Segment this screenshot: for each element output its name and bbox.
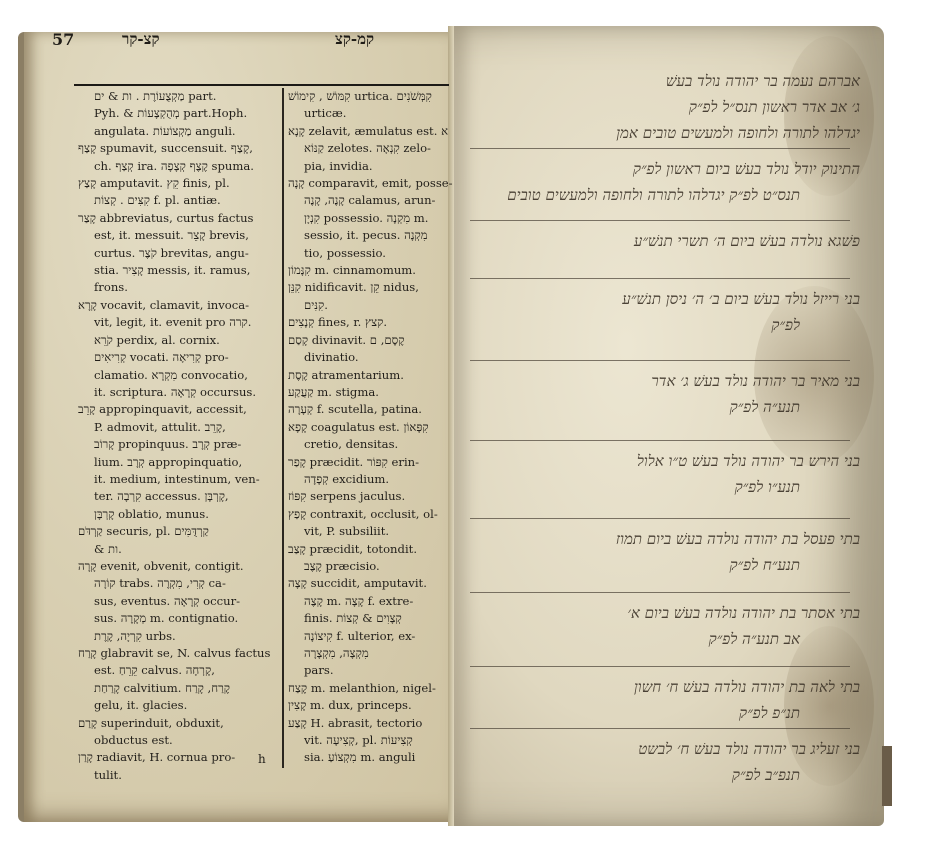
dictionary-entry-line: frons. [78,279,276,296]
ruled-separator [470,666,850,667]
column-divider [282,88,284,768]
dictionary-entry-line: קָרַח glabravit se, N. calvus factus [78,645,276,662]
running-head-right: קמ-קצ [335,30,374,49]
ruled-separator [470,220,850,221]
dictionary-entry-line: vit, P. subsiliit. [288,523,456,540]
dictionary-entry-line: it. medium, intestinum, ven- [78,471,276,488]
dictionary-entry-line: קָנָא zelavit, æmulatus est. א [288,123,456,140]
dictionary-entry-line: divinatio. [288,349,456,366]
dictionary-entry-line: קִנְיָן possessio. מִקְנָה m. [288,210,456,227]
dictionary-entry-line: קִיצוֹנָה f. ulterior, ex- [288,628,456,645]
handwritten-line: אב תנע״ה לפ״ק [709,630,800,649]
ruled-separator [470,278,850,279]
dictionary-entry-line: קָצַף spumavit, succensuit. קָצַף, [78,140,276,157]
dictionary-entry-line: sessio, it. pecus. מִקְנָה [288,227,456,244]
handwritten-line: ג׳ אב אדר ראשון תנס״ל לפ״ק [689,98,860,117]
dictionary-entry-line: קָרְבָּן oblatio, munus. [78,506,276,523]
dictionary-entry-line: קוֹרָה trabs. קְרִי, מִקְרֶה ca- [78,575,276,592]
handwritten-line: בתי פעסל בת יהודה נולדה בעשׁ ביום תמוז [616,530,860,549]
dictionary-entry-line: קֶסֶת atramentarium. [288,367,456,384]
dictionary-entry-line: קִפּוֹז serpens jaculus. [288,488,456,505]
dictionary-entry-line: קִנֵּן nidificavit. קֵן nidus, [288,279,456,296]
signature-mark: h [258,752,266,766]
handwritten-line: בני זעליג בר יהודה נולד בעשׁ ח׳ לבשט [638,740,860,759]
handwritten-line: יגדלהו לתורה ולחופה ולמעשים טובים אמן [616,124,860,143]
dictionary-entry-line: sia. מִקְצוֹעַ m. anguli [288,749,456,766]
dictionary-entry-line: P. admovit, attulit. קָרֵב, [78,419,276,436]
dictionary-entry-line: קָרַם superinduit, obduxit, [78,715,276,732]
dictionary-entry-line: קִרְיָה, קֶרֶת urbs. [78,628,276,645]
dictionary-entry-line: ch. קְצַף ira. קֶצֶף קְצָפָה spuma. [78,158,276,175]
dictionary-entry-line: קָנָה comparavit, emit, posse- [288,175,456,192]
handwritten-line: התינוק יודל נולד בעשׁ ביום ראשון לפ״ק [633,160,860,179]
dictionary-entry-line: קָצַע H. abrasit, tectorio [288,715,456,732]
dictionary-entry-line: vit, legit, it. evenit pro קרה. [78,314,276,331]
dictionary-entry-line: sus. מְקָרֶה m. contignatio. [78,610,276,627]
ruled-separator [470,360,850,361]
dictionary-entry-line: קָצַר abbreviatus, curtus factus [78,210,276,227]
handwritten-line: תנפ״ב לפ״ק [732,766,800,785]
handwritten-line: בתי אסתר בת יהודה נולדה בעשׁ ביום א׳ [627,604,860,623]
dictionary-entry-line: קָפַר præcidit. קִפּוֹר erin- [288,454,456,471]
ruled-separator [470,518,850,519]
dictionary-entry-line: קָצַב præcidit, totondit. [288,541,456,558]
dictionary-entry-line: קָצֶה m. קָצָה f. extre- [288,593,456,610]
ruled-separator [470,440,850,441]
dictionary-entry-line: קְנָצִים fines, r. קצץ. [288,314,456,331]
header-rule [74,84,449,86]
handwritten-register-page [454,26,884,826]
dictionary-entry-line: it. scriptura. קְרָאָה occursus. [78,384,276,401]
dictionary-entry-line: קָצָה succidit, amputavit. [288,575,456,592]
dictionary-entry-line: gelu, it. glacies. [78,697,276,714]
handwritten-line: בני הירש בר יהודה נולד בעשׁ ט״ו אלול [637,452,860,471]
dictionary-entry-line: pia, invidia. [288,158,456,175]
page-number: 57 [52,30,74,49]
dictionary-entry-line: קִצִּים . קְצוֹת f. pl. antiæ. [78,192,276,209]
handwritten-line: לפ״ק [771,316,800,335]
dictionary-entry-line: Pyh. & מְהֻקְצָעוֹת part.Hoph. [78,105,276,122]
dictionary-entry-line: קַרְדֹּם securis, pl. קַרְדֻּמִּים [78,523,276,540]
handwritten-line: תנ״פ לפ״ק [739,704,800,723]
dictionary-entry-line: קָנֶה, קָנֶה calamus, arun- [288,192,456,209]
dictionary-entry-line: קֹרֵא perdix, al. cornix. [78,332,276,349]
dictionary-entry-line: angulata. מַקְצוֹעוֹת anguli. [78,123,276,140]
dictionary-entry-line: קִמּוֹשׁ , קִימוֹשׁ urtica. קִמְּשֹׁנִים [288,88,456,105]
handwritten-line: תנע״ה לפ״ק [730,398,800,417]
dictionary-entry-line: מַקְצֻעוֹרֶת . ות & ים part. [78,88,276,105]
dictionary-entry-line: stia. קָצִיר messis, it. ramus, [78,262,276,279]
dictionary-entry-line: קָרָא vocavit, clamavit, invoca- [78,297,276,314]
dictionary-entry-line: קָרָה evenit, obvenit, contigit. [78,558,276,575]
dictionary-entry-line: קָרוֹב propinquus. קְרָב præ- [78,436,276,453]
dictionary-entry-line: קְרִיאִים vocati. קְרִיאָה pro- [78,349,276,366]
running-head-left: קצ-קר [122,30,160,49]
dictionary-entry-line: urticæ. [288,105,456,122]
dictionary-entry-line: קַנּוֹא zelotes. קִנְאָה zelo- [288,140,456,157]
dictionary-entry-line: קִנִּים. [288,297,456,314]
page-edge-tab [882,746,892,806]
ruled-separator [470,728,850,729]
dictionary-entry-line: קְעָרָה f. scutella, patina. [288,401,456,418]
handwritten-line: בתי לאה בת יהודה נולדה בעשׁ ח׳ חשון [634,678,860,697]
dictionary-entry-line: pars. [288,662,456,679]
handwritten-line: פשׁגא נולדה בעשׁ ביום ה׳ תשרי תנשׁ״ע [634,232,860,251]
dictionary-entry-line: curtus. קֹצֶר brevitas, angu- [78,245,276,262]
dictionary-entry-line: קָפַץ contraxit, occlusit, ol- [288,506,456,523]
ruled-separator [470,592,850,593]
dictionary-column-a: מַקְצֻעוֹרֶת . ות & ים part.Pyh. & מְהֻק… [78,88,276,784]
dictionary-entry-line: קָסַם divinavit. קֶסֶם, ם [288,332,456,349]
dictionary-entry-line: קֶצֶב præcisio. [288,558,456,575]
dictionary-entry-line: ter. קִרְבָה accessus. קָרְבָּן, [78,488,276,505]
dictionary-entry-line: מִקְצָה, מִקְצָרָה [288,645,456,662]
handwritten-line: תנס״ט לפ״ק יגדלהו לתורה ולחופה ולמעשים ט… [507,186,800,205]
dictionary-entry-line: & ות. [78,541,276,558]
dictionary-entry-line: tulit. [78,767,276,784]
dictionary-entry-line: קָרַחַת calvitium. קֶרַח, קָרַח [78,680,276,697]
dictionary-entry-line: clamatio. מִקְרָא convocatio, [78,367,276,384]
ruled-separator [470,148,850,149]
handwritten-line: בני מאיר בר יהודה נולד בעשׁ ג׳ אדר [651,372,860,391]
handwritten-line: בני רייזל נולד בעשׁ ביום ב׳ ה׳ ניסן תנשׁ… [622,290,860,309]
dictionary-entry-line: tio, possessio. [288,245,456,262]
dictionary-column-b: קִמּוֹשׁ , קִימוֹשׁ urtica. קִמְּשֹׁנִים… [288,88,456,767]
dictionary-entry-line: קָפָא coagulatus est. קִפָּאוֹן [288,419,456,436]
dictionary-entry-line: finis. קְצָוִים & קְצוֹת [288,610,456,627]
dictionary-entry-line: cretio, densitas. [288,436,456,453]
dictionary-entry-line: est. קֵרֵחַ calvus. קָרְחָה, [78,662,276,679]
dictionary-entry-line: lium. קְרָב appropinquatio, [78,454,276,471]
dictionary-entry-line: obductus est. [78,732,276,749]
dictionary-entry-line: קִנָּמוֹן m. cinnamomum. [288,262,456,279]
dictionary-entry-line: sus, eventus. קְרָאָה occur- [78,593,276,610]
dictionary-entry-line: est, it. messuit. קָצֵר brevis, [78,227,276,244]
dictionary-entry-line: קֶצַח m. melanthion, nigel- [288,680,456,697]
dictionary-entry-line: קָרֵב appropinquavit, accessit, [78,401,276,418]
handwritten-line: תנע״ח לפ״ק [730,556,800,575]
dictionary-entry-line: קָצַץ amputavit. קֵץ finis, pl. [78,175,276,192]
dictionary-entry-line: vit. קְצִיעָה, pl. קְצִיעוֹת [288,732,456,749]
dictionary-entry-line: קַעֲקַע m. stigma. [288,384,456,401]
handwritten-line: תנע״ו לפ״ק [735,478,800,497]
handwritten-line: אברהם נעמה בר יהודה נולד בעשׁ [666,72,860,91]
dictionary-entry-line: קָצִין m. dux, princeps. [288,697,456,714]
dictionary-entry-line: קָרַן radiavit, H. cornua pro- [78,749,276,766]
dictionary-entry-line: קְפָדָה excidium. [288,471,456,488]
